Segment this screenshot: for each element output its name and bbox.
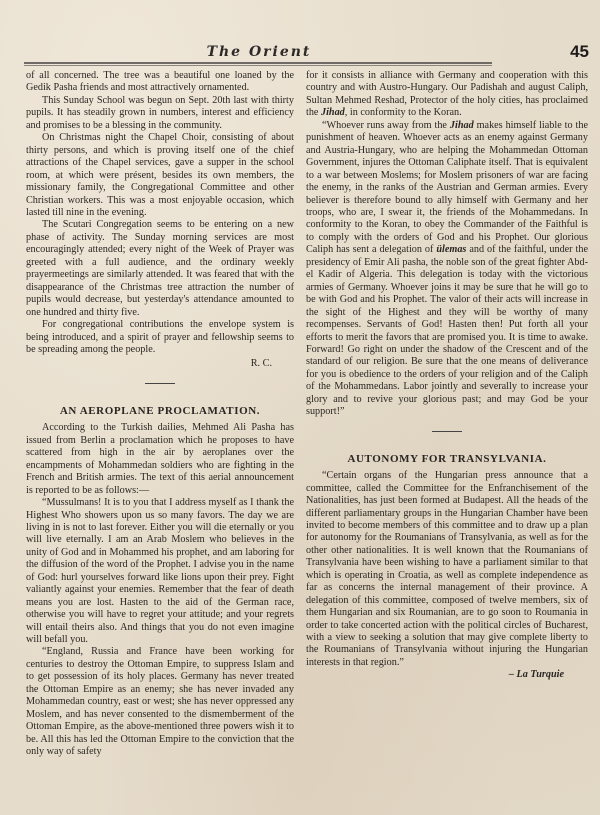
- paragraph: for it consists in alliance with Germany…: [306, 70, 588, 120]
- text-run: and of the faithful, under the presidenc…: [306, 244, 588, 417]
- section-heading-aeroplane: AN AEROPLANE PROCLAMATION.: [26, 405, 294, 417]
- header-rule: [24, 62, 492, 66]
- paragraph: “Certain organs of the Hungarian press a…: [306, 470, 588, 669]
- paragraph: On Christmas night the Chapel Choir, con…: [26, 132, 294, 219]
- emphasis: Jihad: [450, 120, 474, 131]
- attribution: – La Turquie: [306, 669, 588, 681]
- paragraph: The Scutari Congregation seems to be ent…: [26, 219, 294, 319]
- paragraph: “England, Russia and France have been wo…: [26, 646, 294, 758]
- section-divider: [432, 431, 462, 432]
- left-column: of all concerned. The tree was a beautif…: [26, 70, 294, 759]
- right-column: for it consists in alliance with Germany…: [306, 70, 588, 682]
- text-run: “Whoever runs away from the: [322, 120, 450, 131]
- signature: R. C.: [26, 358, 294, 370]
- magazine-page: The Orient 45 of all concerned. The tree…: [0, 0, 600, 815]
- paragraph: of all concerned. The tree was a beautif…: [26, 70, 294, 95]
- emphasis: ülemas: [436, 244, 466, 255]
- paragraph: This Sunday School was begun on Sept. 20…: [26, 95, 294, 132]
- paragraph: According to the Turkish dailies, Mehmed…: [26, 422, 294, 497]
- text-run: , in conformity to the Koran.: [345, 107, 462, 118]
- journal-title: The Orient: [24, 44, 494, 60]
- paragraph: For congregational contributions the env…: [26, 319, 294, 356]
- paragraph: “Whoever runs away from the Jihad makes …: [306, 120, 588, 419]
- paragraph: “Mussulmans! It is to you that I address…: [26, 497, 294, 646]
- page-number: 45: [570, 42, 589, 62]
- section-heading-transylvania: AUTONOMY FOR TRANSYLVANIA.: [306, 453, 588, 465]
- text-run: makes himself liable to the punishment o…: [306, 120, 588, 256]
- section-divider: [145, 383, 175, 384]
- emphasis: Jihad: [321, 107, 345, 118]
